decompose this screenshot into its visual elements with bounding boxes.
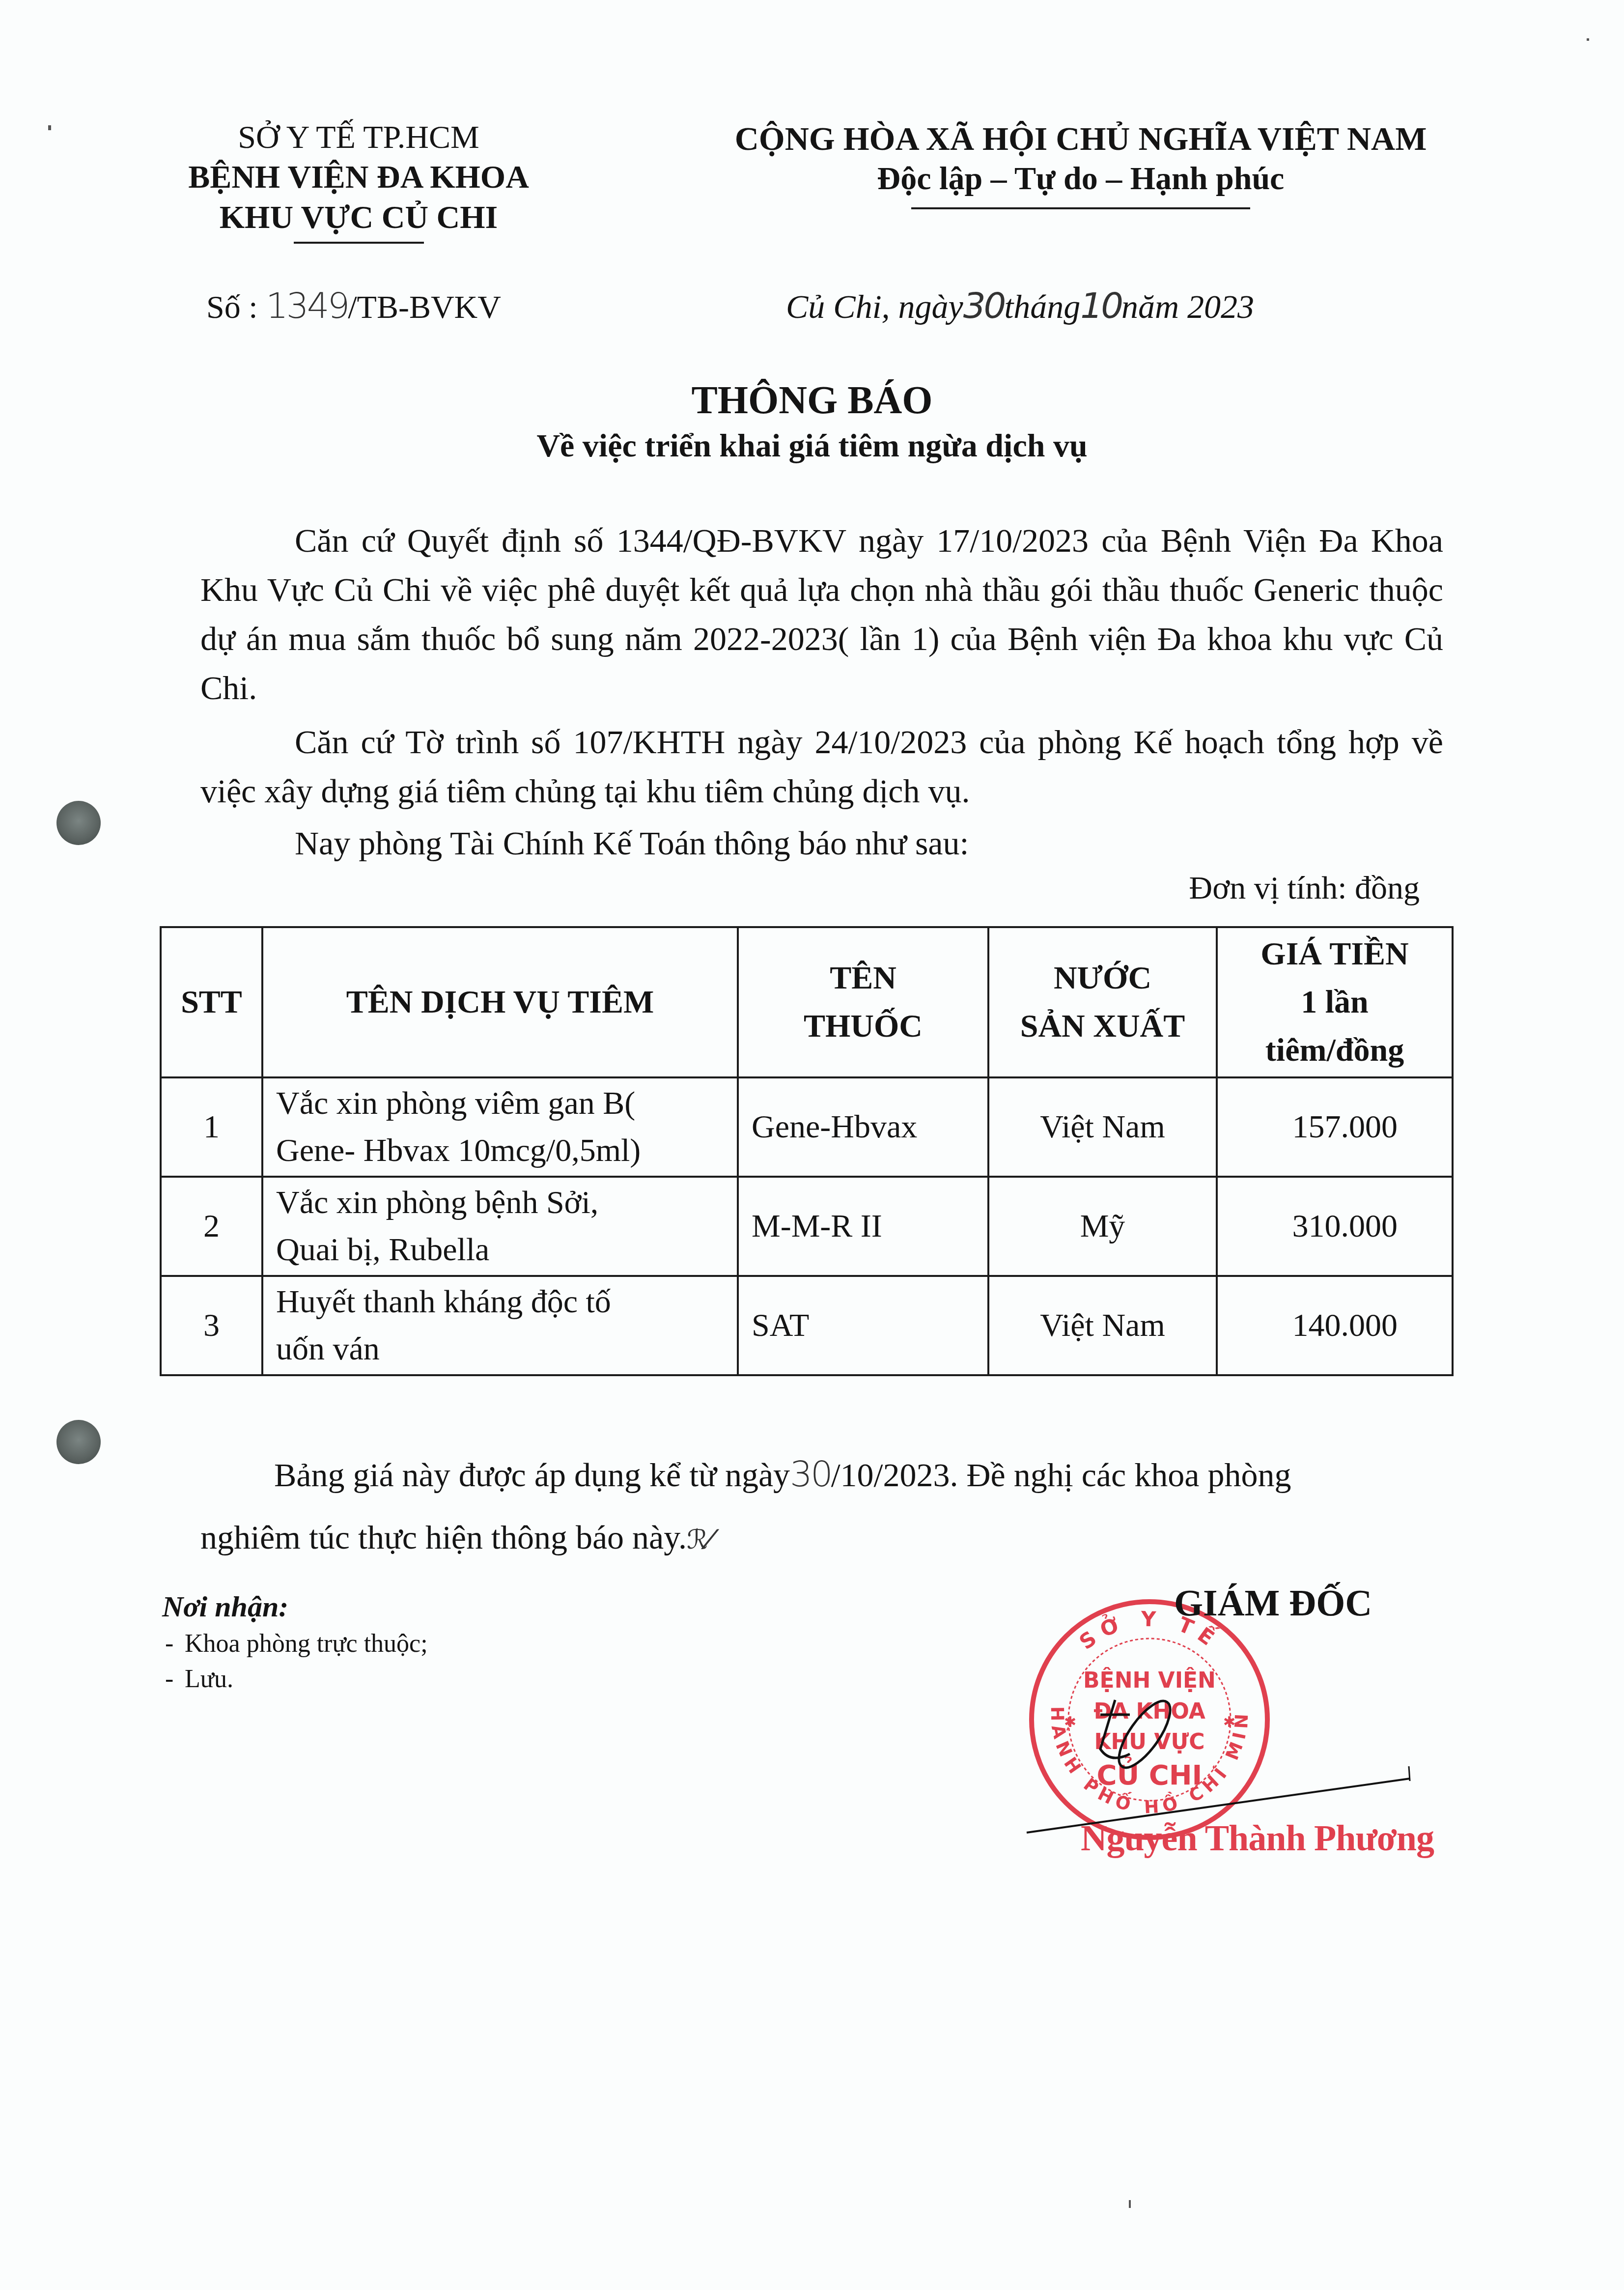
- header-stt: STT: [161, 927, 262, 1077]
- cell-price: 157.000: [1217, 1077, 1453, 1177]
- paragraph-text: Căn cứ Quyết định số 1344/QĐ-BVKV ngày 1…: [200, 522, 1443, 707]
- paragraph-basis-proposal: Căn cứ Tờ trình số 107/KHTH ngày 24/10/2…: [200, 717, 1443, 816]
- department-name: SỞ Y TẾ TP.HCM: [147, 118, 570, 157]
- document-number: Số : 1349/TB-BVKV: [206, 285, 501, 326]
- header-country: NƯỚCSẢN XUẤT: [988, 927, 1217, 1077]
- initials-mark: ℛ⁄: [687, 1524, 712, 1555]
- place-date: Củ Chi, ngày30tháng10năm 2023: [786, 285, 1254, 326]
- hospital-name-line2: KHU VỰC CỦ CHI: [147, 198, 570, 238]
- table-row: 2 Vắc xin phòng bệnh Sởi,Quai bị, Rubell…: [161, 1177, 1453, 1276]
- recipients-label: Nơi nhận:: [162, 1587, 428, 1626]
- cell-drug: Gene-Hbvax: [738, 1077, 988, 1177]
- number-suffix: /TB-BVKV: [348, 289, 501, 325]
- paragraph-announcement: Nay phòng Tài Chính Kế Toán thông báo nh…: [200, 819, 1443, 868]
- recipient-item: -Lưu.: [162, 1662, 428, 1697]
- header-drug: TÊNTHUỐC: [738, 927, 988, 1077]
- punch-hole: [56, 1420, 101, 1464]
- effective-date-paragraph: Bảng giá này được áp dụng kể từ ngày30/1…: [200, 1449, 1443, 1499]
- national-header: CỘNG HÒA XÃ HỘI CHỦ NGHĨA VIỆT NAM Độc l…: [688, 118, 1474, 209]
- handwritten-month: 10: [1080, 285, 1121, 326]
- header-underline: [294, 242, 424, 244]
- paragraph-basis-decision: Căn cứ Quyết định số 1344/QĐ-BVKV ngày 1…: [200, 516, 1443, 712]
- compliance-text: nghiêm túc thực hiện thông báo này.: [200, 1519, 687, 1556]
- cell-service: Huyết thanh kháng độc tốuốn ván: [262, 1276, 738, 1375]
- table-row: 3 Huyết thanh kháng độc tốuốn ván SAT Vi…: [161, 1276, 1453, 1375]
- year-label: năm 2023: [1121, 288, 1254, 325]
- cell-drug: SAT: [738, 1276, 988, 1375]
- cell-stt: 3: [161, 1276, 262, 1375]
- paragraph-text: Căn cứ Tờ trình số 107/KHTH ngày 24/10/2…: [200, 723, 1443, 810]
- table-header-row: STT TÊN DỊCH VỤ TIÊM TÊNTHUỐC NƯỚCSẢN XU…: [161, 927, 1453, 1077]
- scan-speck: [1129, 2200, 1131, 2208]
- handwritten-effective-day: 30: [790, 1453, 831, 1495]
- service-line1: Vắc xin phòng bệnh Sởi,: [276, 1179, 724, 1226]
- cell-country: Mỹ: [988, 1177, 1217, 1276]
- service-line2: Gene- Hbvax 10mcg/0,5ml): [276, 1127, 724, 1174]
- compliance-line: nghiêm túc thực hiện thông báo này.ℛ⁄: [200, 1518, 712, 1557]
- hospital-name-line1: BỆNH VIỆN ĐA KHOA: [147, 157, 570, 198]
- header-service: TÊN DỊCH VỤ TIÊM: [262, 927, 738, 1077]
- cell-country: Việt Nam: [988, 1077, 1217, 1177]
- motto-underline: [911, 207, 1250, 209]
- cell-price: 310.000: [1217, 1177, 1453, 1276]
- scan-speck: [1587, 38, 1589, 41]
- month-label: tháng: [1004, 288, 1080, 325]
- cell-country: Việt Nam: [988, 1276, 1217, 1375]
- cell-stt: 2: [161, 1177, 262, 1276]
- recipient-text: Lưu.: [185, 1665, 233, 1693]
- paragraph-text: Nay phòng Tài Chính Kế Toán thông báo nh…: [295, 824, 969, 862]
- header-price-line1: GIÁ TIỀN: [1231, 930, 1439, 978]
- signatory-title: GIÁM ĐỐC: [1174, 1582, 1372, 1625]
- number-prefix: Số :: [206, 289, 266, 325]
- nation-name: CỘNG HÒA XÃ HỘI CHỦ NGHĨA VIỆT NAM: [688, 118, 1474, 159]
- cell-stt: 1: [161, 1077, 262, 1177]
- service-line2: uốn ván: [276, 1326, 724, 1373]
- cell-drug: M-M-R II: [738, 1177, 988, 1276]
- header-drug-line2: THUỐC: [752, 1002, 975, 1050]
- signatory-name: Nguyễn Thành Phương: [1081, 1818, 1434, 1860]
- place-label: Củ Chi, ngày: [786, 288, 963, 325]
- cell-service: Vắc xin phòng bệnh Sởi,Quai bị, Rubella: [262, 1177, 738, 1276]
- service-line2: Quai bị, Rubella: [276, 1226, 724, 1273]
- header-price-line2: 1 lần: [1231, 978, 1439, 1026]
- scan-speck: [48, 125, 51, 130]
- header-price-line3: tiêm/đồng: [1231, 1026, 1439, 1074]
- punch-hole: [56, 801, 101, 845]
- service-line1: Vắc xin phòng viêm gan B(: [276, 1080, 724, 1127]
- header-price: GIÁ TIỀN1 lầntiêm/đồng: [1217, 927, 1453, 1077]
- service-line1: Huyết thanh kháng độc tố: [276, 1278, 724, 1326]
- handwritten-day: 30: [963, 285, 1005, 326]
- header-drug-line1: TÊN: [752, 954, 975, 1002]
- recipient-item: -Khoa phòng trực thuộc;: [162, 1626, 428, 1662]
- issuing-authority: SỞ Y TẾ TP.HCM BỆNH VIỆN ĐA KHOA KHU VỰC…: [147, 118, 570, 244]
- vaccine-price-table: STT TÊN DỊCH VỤ TIÊM TÊNTHUỐC NƯỚCSẢN XU…: [160, 926, 1454, 1376]
- cell-service: Vắc xin phòng viêm gan B(Gene- Hbvax 10m…: [262, 1077, 738, 1177]
- recipients-block: Nơi nhận: -Khoa phòng trực thuộc; -Lưu.: [162, 1587, 428, 1697]
- handwritten-number: 1349: [266, 285, 348, 326]
- document-subtitle: Về việc triển khai giá tiêm ngừa dịch vụ: [0, 427, 1624, 465]
- closing-text-after: /10/2023. Đề nghị các khoa phòng: [831, 1456, 1291, 1494]
- currency-unit-note: Đơn vị tính: đồng: [982, 870, 1420, 907]
- table-row: 1 Vắc xin phòng viêm gan B(Gene- Hbvax 1…: [161, 1077, 1453, 1177]
- header-country-line1: NƯỚC: [1002, 954, 1203, 1002]
- national-motto: Độc lập – Tự do – Hạnh phúc: [688, 159, 1474, 198]
- closing-text-before: Bảng giá này được áp dụng kể từ ngày: [274, 1456, 790, 1494]
- document-title: THÔNG BÁO: [0, 378, 1624, 423]
- header-country-line2: SẢN XUẤT: [1002, 1002, 1203, 1050]
- recipient-text: Khoa phòng trực thuộc;: [185, 1630, 428, 1658]
- cell-price: 140.000: [1217, 1276, 1453, 1375]
